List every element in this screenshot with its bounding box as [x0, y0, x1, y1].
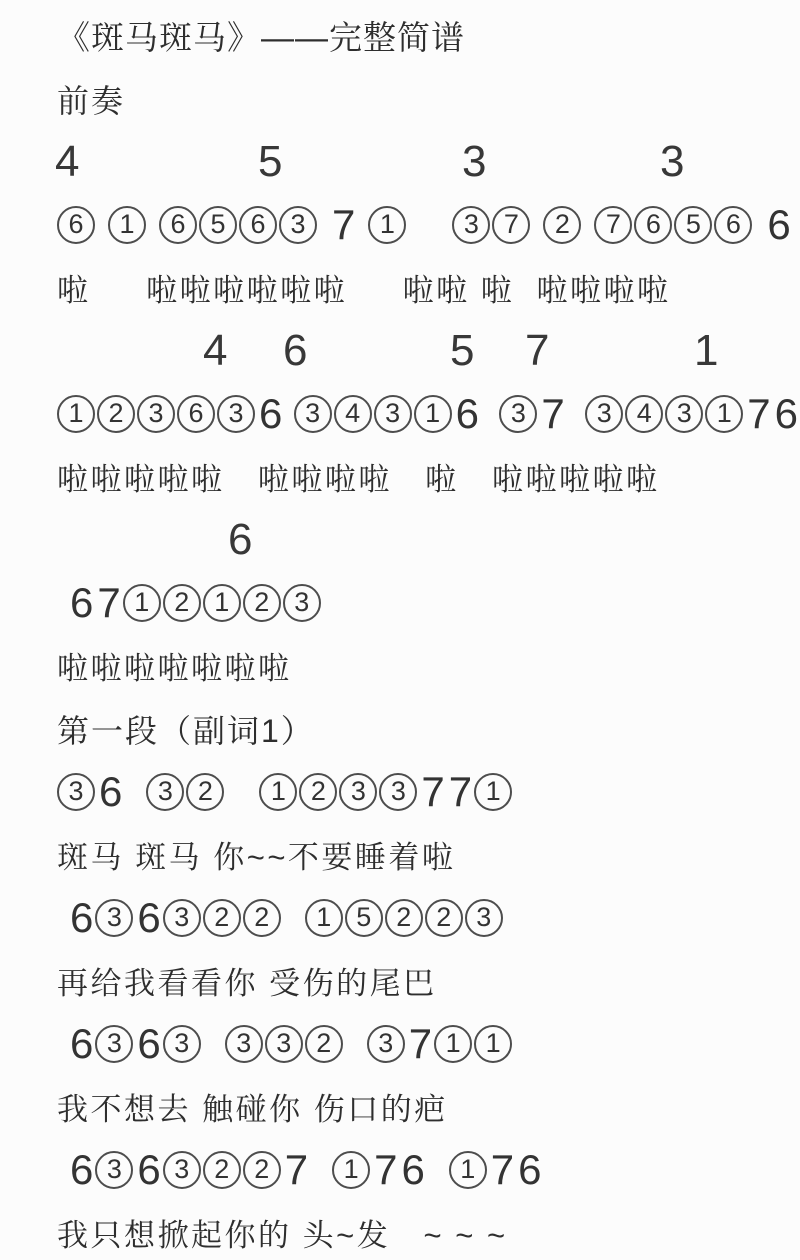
plain-note: 6: [456, 393, 479, 435]
la-lyrics-row-3: 啦啦啦啦啦啦啦: [0, 634, 800, 697]
circled-note: 1: [414, 395, 452, 433]
circled-note: 6: [714, 206, 752, 244]
circled-note: 3: [452, 206, 490, 244]
circled-note: 6: [57, 206, 95, 244]
verse-section-label: 第一段（副词1）: [0, 697, 800, 760]
note-row-7: 6363227176176: [0, 1138, 800, 1201]
circled-note: 2: [543, 206, 581, 244]
circled-note: 1: [259, 773, 297, 811]
note-gap: [284, 413, 293, 414]
circled-note: 5: [674, 206, 712, 244]
circled-note: 3: [465, 899, 503, 937]
note-gap: [481, 413, 490, 414]
circled-note: 3: [163, 899, 201, 937]
circled-note: 5: [345, 899, 383, 937]
circled-note: 2: [203, 899, 241, 937]
circled-note: 3: [95, 1025, 133, 1063]
note-gap: [576, 413, 585, 414]
note-gap: [226, 791, 237, 792]
circled-note: 3: [294, 395, 332, 433]
note-gap: [310, 1169, 321, 1170]
note-gap: [438, 1169, 449, 1170]
circled-note: 1: [368, 206, 406, 244]
circled-note: 2: [305, 1025, 343, 1063]
plain-note: 6: [70, 1023, 93, 1065]
note-gap: [408, 224, 419, 225]
circled-note: 1: [108, 206, 146, 244]
circled-note: 1: [705, 395, 743, 433]
note-gap: [319, 224, 330, 225]
circled-note: 1: [474, 773, 512, 811]
plain-note: 7: [747, 393, 770, 435]
note-gap: [754, 224, 765, 225]
circled-note: 1: [123, 584, 161, 622]
note-gap: [490, 413, 499, 414]
circled-note: 2: [203, 1151, 241, 1189]
note-gap: [57, 917, 68, 918]
meter-number: 4: [55, 137, 79, 187]
meter-row-3: 6: [0, 508, 800, 571]
circled-note: 3: [57, 773, 95, 811]
plain-note: 6: [518, 1149, 541, 1191]
note-row-5: 63632215223: [0, 886, 800, 949]
plain-note: 6: [137, 1149, 160, 1191]
circled-note: 3: [265, 1025, 303, 1063]
note-gap: [345, 1043, 356, 1044]
circled-note: 1: [449, 1151, 487, 1189]
lyrics-row-1: 斑马 斑马 你~~不要睡着啦: [0, 823, 800, 886]
circled-note: 3: [374, 395, 412, 433]
note-gap: [214, 1043, 225, 1044]
note-gap: [135, 791, 146, 792]
circled-note: 2: [243, 584, 281, 622]
circled-note: 2: [97, 395, 135, 433]
note-gap: [532, 224, 543, 225]
meter-number: 3: [462, 137, 486, 187]
note-gap: [57, 1043, 68, 1044]
circled-note: 6: [634, 206, 672, 244]
page-title: 《斑马斑马》——完整简谱: [0, 4, 800, 67]
note-gap: [248, 791, 259, 792]
plain-note: 6: [775, 393, 798, 435]
plain-note: 6: [70, 582, 93, 624]
plain-note: 6: [137, 1023, 160, 1065]
plain-note: 6: [767, 204, 790, 246]
circled-note: 3: [379, 773, 417, 811]
circled-note: 2: [243, 899, 281, 937]
circled-note: 3: [499, 395, 537, 433]
circled-note: 3: [163, 1025, 201, 1063]
note-gap: [567, 413, 576, 414]
circled-note: 3: [225, 1025, 263, 1063]
note-gap: [321, 1169, 332, 1170]
meter-number: 3: [660, 137, 684, 187]
circled-note: 2: [385, 899, 423, 937]
plain-note: 6: [137, 897, 160, 939]
circled-note: 2: [186, 773, 224, 811]
note-row-1: 6165637137276566: [0, 193, 800, 256]
lyrics-row-2: 再给我看看你 受伤的尾巴: [0, 949, 800, 1012]
circled-note: 4: [334, 395, 372, 433]
note-gap: [148, 224, 159, 225]
circled-note: 3: [585, 395, 623, 433]
note-gap: [237, 791, 248, 792]
note-gap: [97, 224, 108, 225]
circled-note: 2: [243, 1151, 281, 1189]
circled-note: 1: [305, 899, 343, 937]
circled-note: 3: [95, 1151, 133, 1189]
note-gap: [430, 224, 441, 225]
intro-section-label: 前奏: [0, 67, 800, 130]
note-gap: [203, 1043, 214, 1044]
circled-note: 4: [625, 395, 663, 433]
circled-note: 1: [203, 584, 241, 622]
meter-number: 1: [694, 326, 718, 376]
circled-note: 7: [492, 206, 530, 244]
circled-note: 3: [137, 395, 175, 433]
circled-note: 2: [299, 773, 337, 811]
note-row-3: 6712123: [0, 571, 800, 634]
circled-note: 1: [57, 395, 95, 433]
la-lyrics-row-1: 啦 啦啦啦啦啦啦 啦啦 啦 啦啦啦啦: [0, 256, 800, 319]
meter-number: 6: [228, 515, 252, 565]
plain-note: 6: [70, 897, 93, 939]
circled-note: 1: [332, 1151, 370, 1189]
la-lyrics-row-2: 啦啦啦啦啦 啦啦啦啦 啦 啦啦啦啦啦: [0, 445, 800, 508]
circled-note: 3: [217, 395, 255, 433]
meter-number: 4: [203, 326, 227, 376]
meter-row-1: 4 5 3 3: [0, 130, 800, 193]
circled-note: 2: [425, 899, 463, 937]
plain-note: 7: [409, 1023, 432, 1065]
plain-note: 7: [374, 1149, 397, 1191]
plain-note: 7: [97, 582, 120, 624]
circled-note: 3: [665, 395, 703, 433]
plain-note: 6: [99, 771, 122, 813]
plain-note: 7: [491, 1149, 514, 1191]
circled-note: 5: [199, 206, 237, 244]
note-gap: [294, 917, 305, 918]
circled-note: 6: [177, 395, 215, 433]
meter-row-2: 4 6 5 7 1: [0, 319, 800, 382]
note-gap: [356, 1043, 367, 1044]
plain-note: 6: [259, 393, 282, 435]
circled-note: 2: [163, 584, 201, 622]
circled-note: 6: [239, 206, 277, 244]
circled-note: 3: [279, 206, 317, 244]
note-gap: [427, 1169, 438, 1170]
plain-note: 7: [285, 1149, 308, 1191]
circled-note: 3: [367, 1025, 405, 1063]
lyrics-row-3: 我不想去 触碰你 伤口的疤: [0, 1075, 800, 1138]
lyrics-row-4: 我只想掀起你的 头~发 ~ ~ ~: [0, 1201, 800, 1260]
note-gap: [57, 1169, 68, 1170]
note-gap: [441, 224, 452, 225]
note-row-2: 1236363431637343176: [0, 382, 800, 445]
circled-note: 3: [339, 773, 377, 811]
plain-note: 7: [421, 771, 444, 813]
circled-note: 1: [434, 1025, 472, 1063]
note-row-4: 36321233771: [0, 760, 800, 823]
meter-number: 7: [525, 326, 549, 376]
plain-note: 7: [332, 204, 355, 246]
note-gap: [357, 224, 368, 225]
circled-note: 7: [594, 206, 632, 244]
plain-note: 6: [401, 1149, 424, 1191]
note-gap: [124, 791, 135, 792]
circled-note: 6: [159, 206, 197, 244]
circled-note: 1: [474, 1025, 512, 1063]
plain-note: 6: [70, 1149, 93, 1191]
plain-note: 7: [541, 393, 564, 435]
circled-note: 3: [283, 584, 321, 622]
meter-number: 6: [283, 326, 307, 376]
circled-note: 3: [146, 773, 184, 811]
note-gap: [283, 917, 294, 918]
sheet-music-page: 《斑马斑马》——完整简谱 前奏 4 5 3 3 6165637137276566…: [0, 0, 800, 1260]
note-row-6: 63633323711: [0, 1012, 800, 1075]
circled-note: 3: [163, 1151, 201, 1189]
meter-number: 5: [450, 326, 474, 376]
note-gap: [419, 224, 430, 225]
note-gap: [57, 602, 68, 603]
note-gap: [583, 224, 594, 225]
meter-number: 5: [258, 137, 282, 187]
circled-note: 3: [95, 899, 133, 937]
plain-note: 7: [449, 771, 472, 813]
